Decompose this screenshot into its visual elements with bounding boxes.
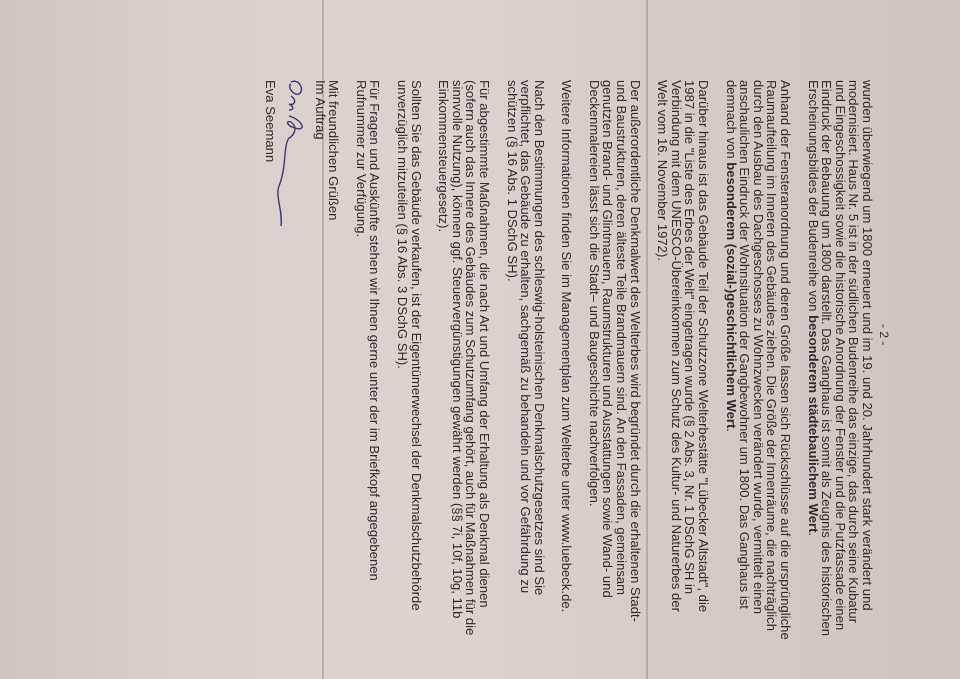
paragraph: Für Fragen und Auskünfte stehen wir Ihne… [354,80,381,640]
letter-page: - 2 - wurden überwiegend um 1800 erneuer… [0,0,960,679]
paragraph: Nach den Bestimmungen des schleswig-hols… [505,80,546,640]
paragraph: Für abgestimmte Maßnahmen, die nach Art … [437,80,491,640]
paragraph: Weitere Informationen finden Sie im Mana… [560,80,574,640]
signature-scribble-icon [273,76,313,236]
page-number: - 2 - [876,324,890,345]
paragraph: wurden überwiegend um 1800 erneuert und … [806,80,874,640]
letter-body: wurden überwiegend um 1800 erneuert und … [263,80,874,640]
signature [277,80,313,640]
paragraph: Darüber hinaus ist das Gebäude Teil der … [656,80,710,640]
paragraph: Anhand der Fensteranordnung und deren Gr… [724,80,792,640]
closing-block: Mit freundlichen Grüßen Im Auftrag Eva S… [263,80,340,640]
scanned-letter: - 2 - wurden überwiegend um 1800 erneuer… [0,0,960,679]
paragraph: Der außerordentliche Denkmalwert des Wel… [587,80,641,640]
paragraph: Sollten Sie das Gebäude verkaufen, ist d… [395,80,422,640]
on-behalf-label: Im Auftrag [313,80,327,640]
greeting: Mit freundlichen Grüßen [327,80,341,640]
